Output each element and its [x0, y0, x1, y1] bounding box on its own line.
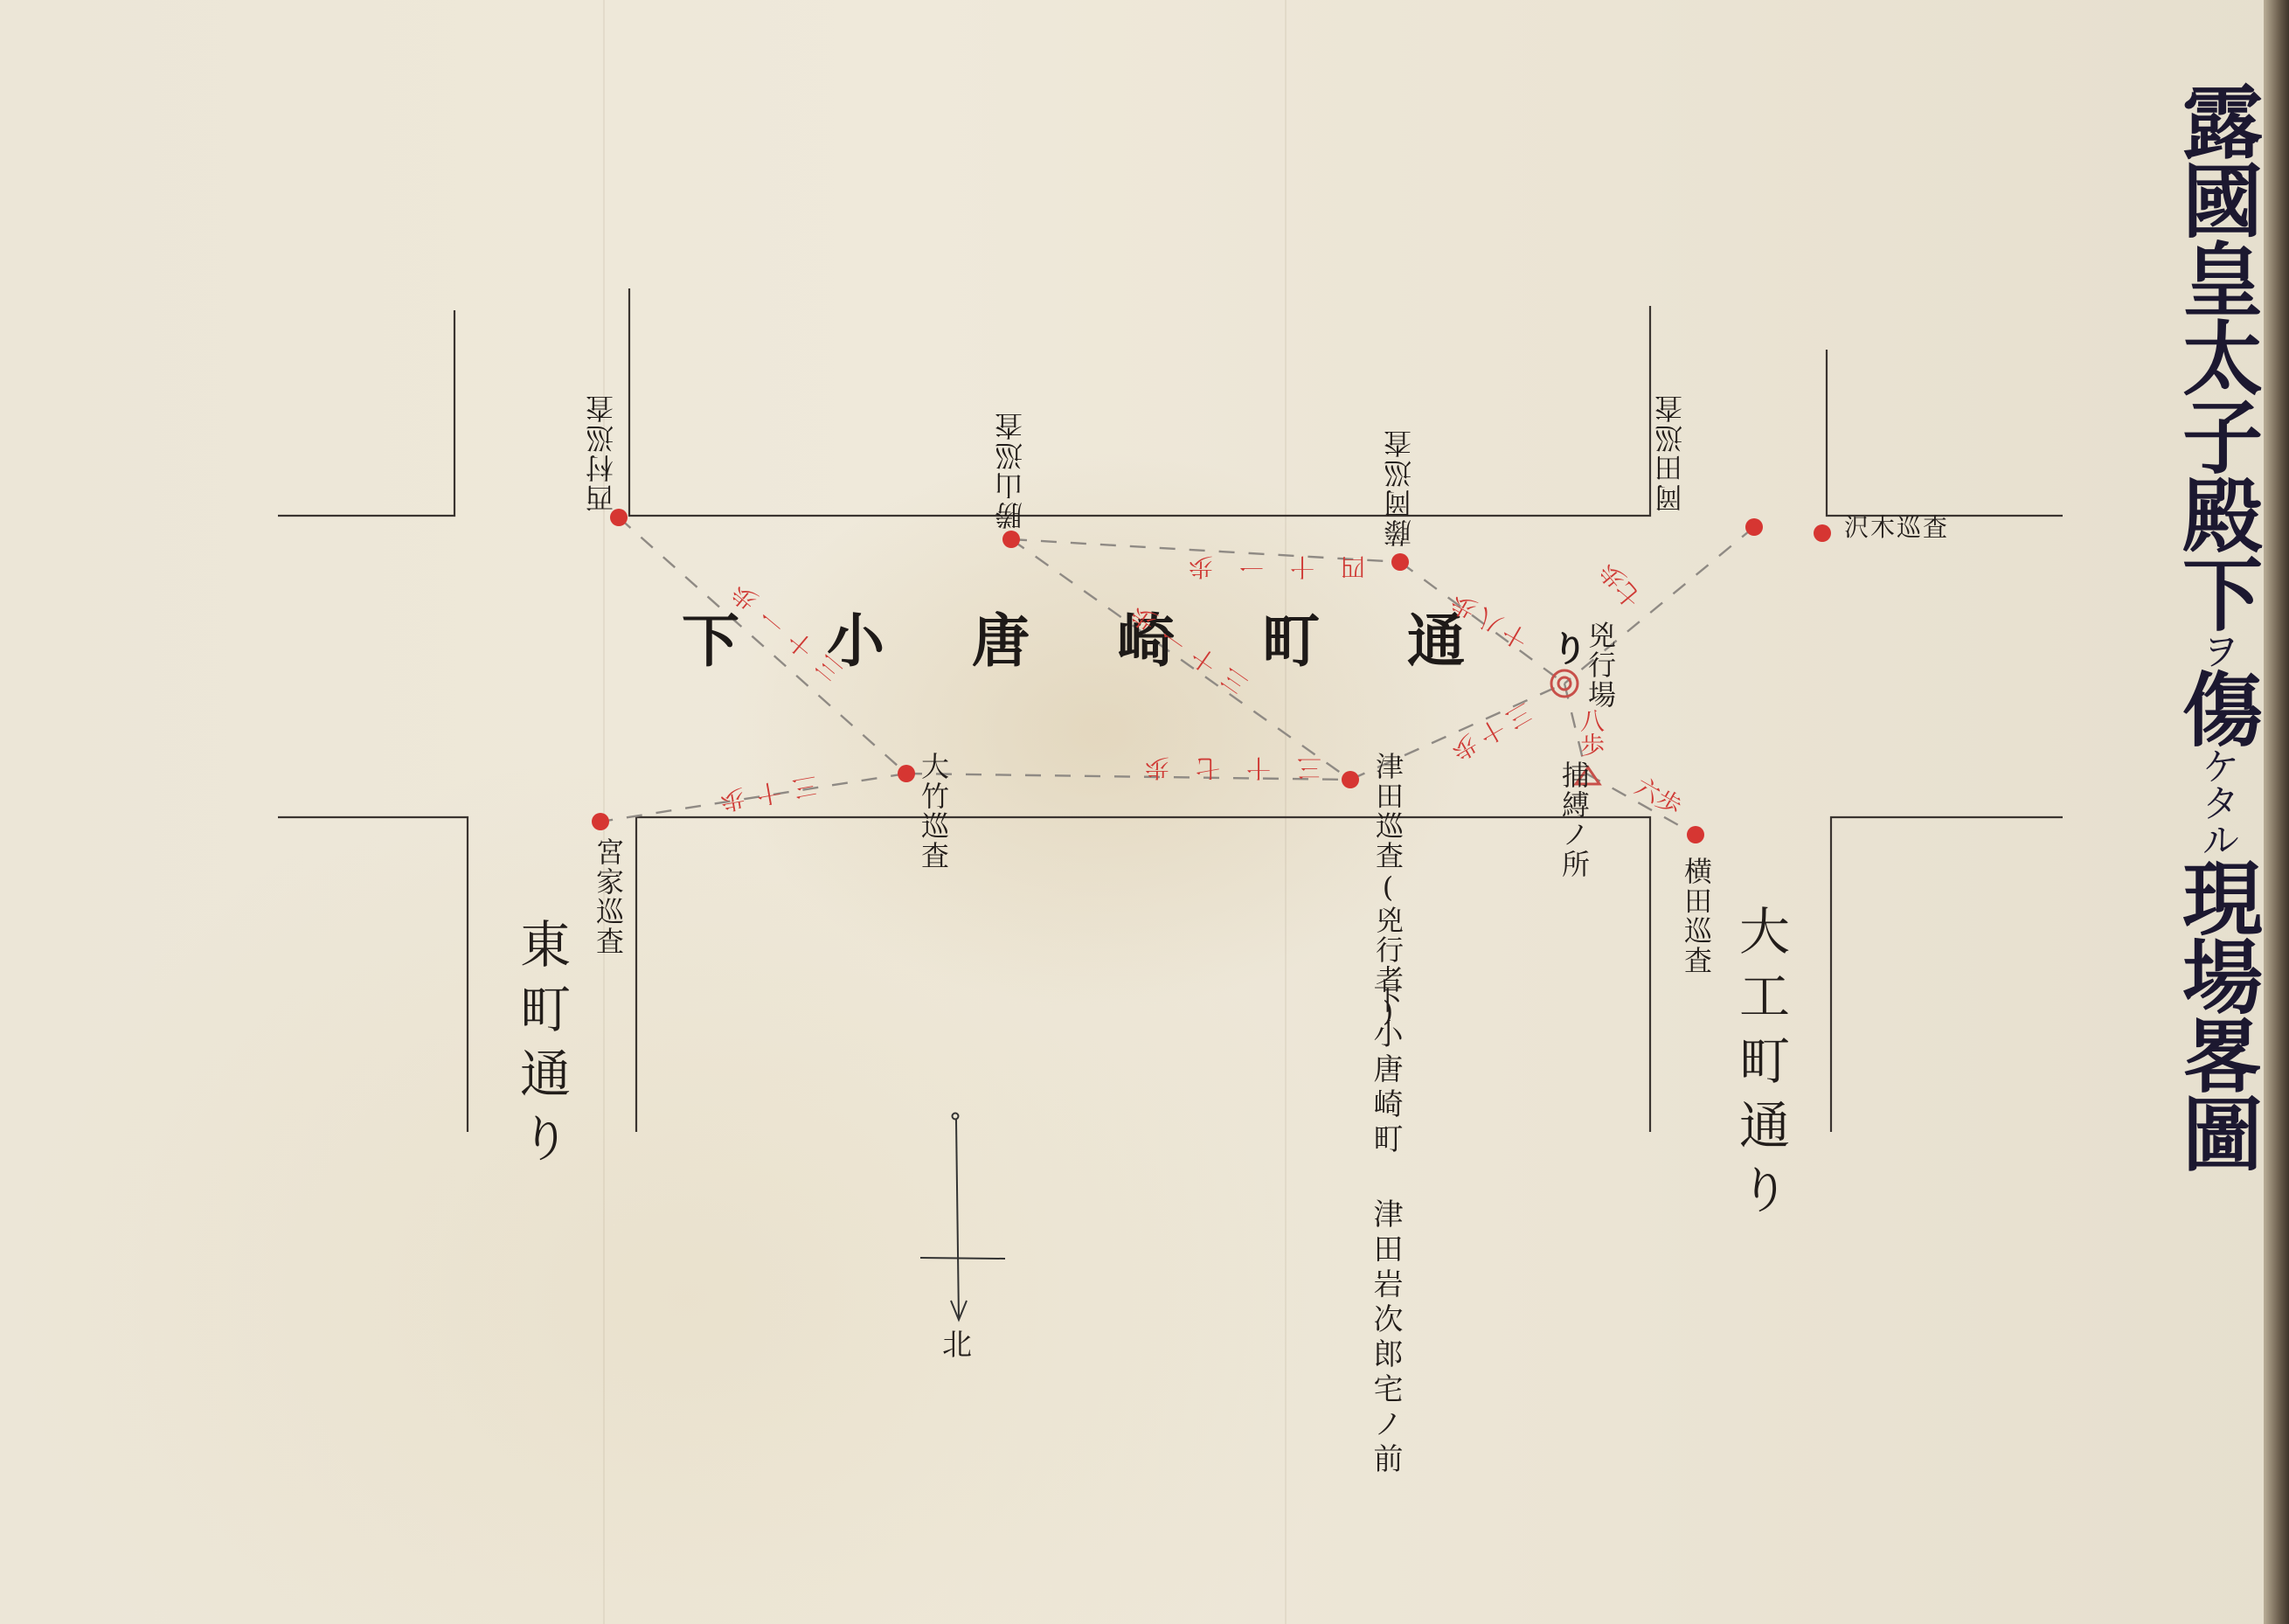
map-title: 露國皇太子殿下ヲ傷ケタル現場畧圖	[2176, 80, 2257, 1171]
police-label-sawaki: 沢木巡査	[1844, 516, 1949, 540]
crime-scene-label: 兇行場	[1586, 621, 1614, 710]
police-label-katsuyama: 勝山巡査	[996, 411, 1024, 530]
left-street-label: 東町通り	[516, 918, 566, 1176]
distance-top-row: 四十一歩	[1162, 551, 1365, 586]
distance-bottom-row: 三十七歩	[1119, 752, 1321, 787]
north-label: 北	[942, 1330, 972, 1360]
street-plan	[0, 0, 2289, 1624]
distance-scene-down: 八歩	[1573, 708, 1608, 757]
location-note: 下小唐崎町 津田岩次郎宅ノ前	[1370, 983, 1400, 1478]
police-label-fujioka: 藤岡巡査	[1385, 428, 1413, 547]
police-label-nishimura: 西村巡査	[587, 393, 615, 512]
binding-edge	[2264, 0, 2289, 1624]
police-label-ohtake: 大竹巡査	[919, 752, 947, 871]
police-label-okada: 岡田巡査	[1656, 393, 1684, 512]
arrest-place-label: 捕縛ノ所	[1560, 760, 1588, 879]
police-label-yokota: 横田巡査	[1682, 857, 1710, 975]
map-sheet: 露國皇太子殿下ヲ傷ケタル現場畧圖 下小唐崎町通り 東町通り 大工町通り 西村巡査…	[0, 0, 2289, 1624]
north-arrow-icon	[920, 1114, 1005, 1321]
right-street-label: 大工町通り	[1735, 905, 1786, 1228]
police-label-miyake: 宮家巡査	[594, 837, 622, 956]
